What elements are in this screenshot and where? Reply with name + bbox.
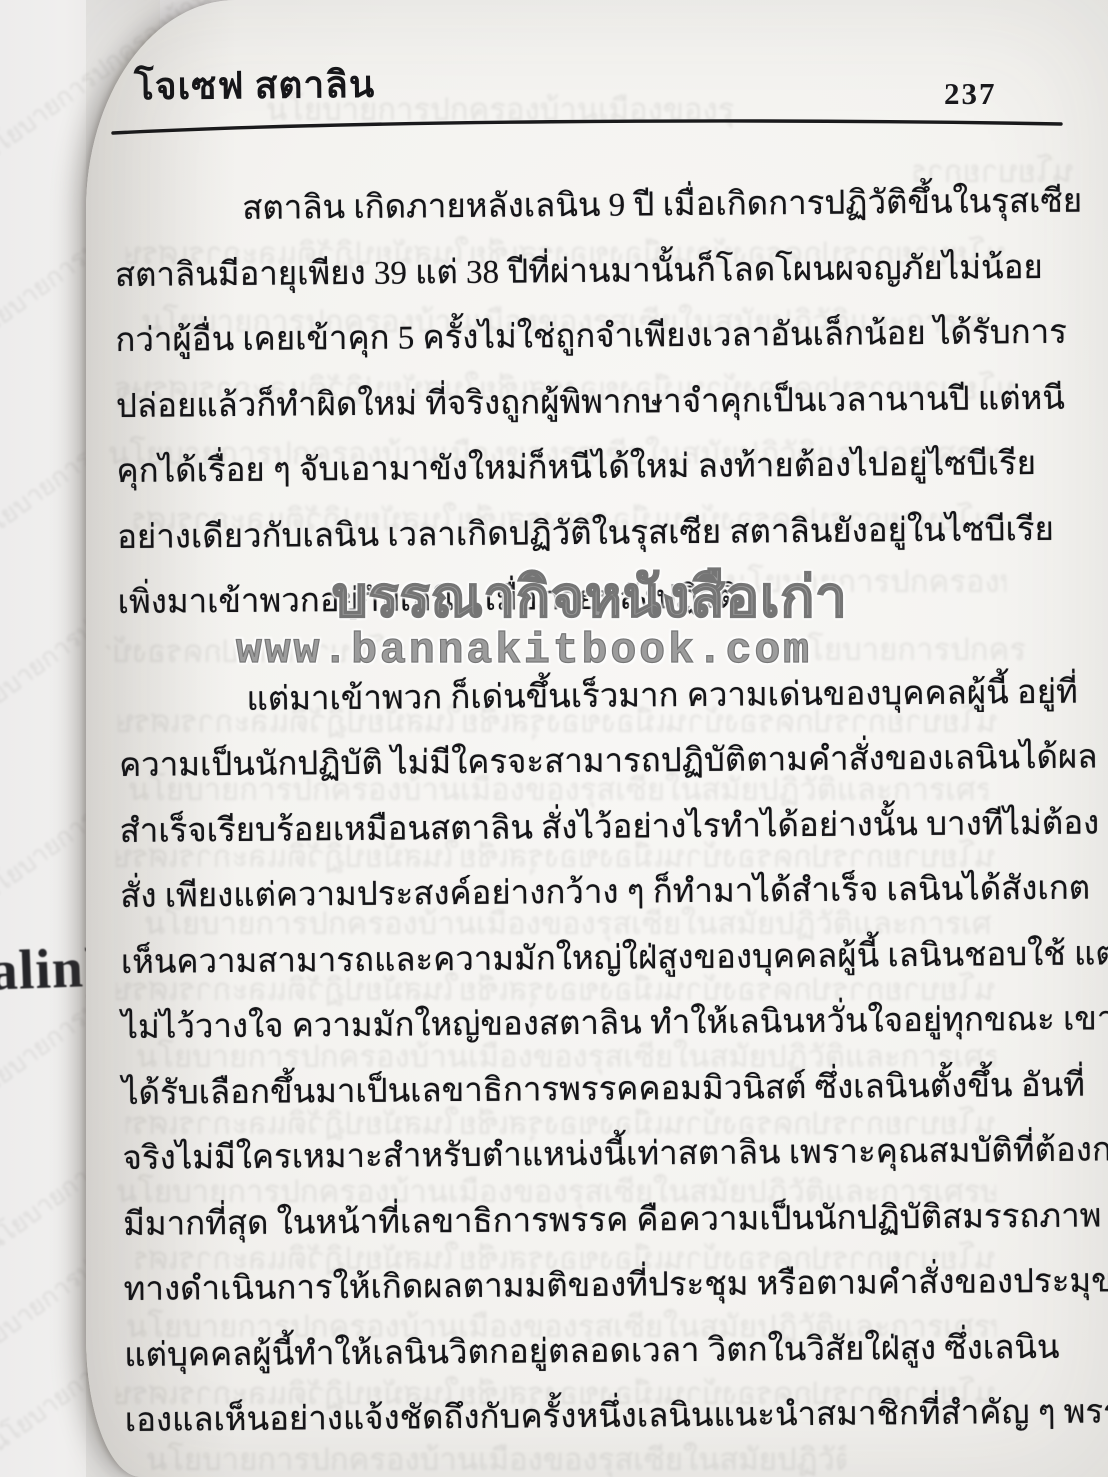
book-page-photo: นโยบายการปกครองบ้านเมืองของรุสเซียในสมัย… (0, 0, 1108, 1477)
text-line: ปล่อยแล้วก็ทำผิดใหม่ ที่จริงถูกผู้พิพากษ… (116, 366, 1033, 439)
page-number: 237 (944, 76, 997, 112)
text-line: กว่าผู้อื่น เคยเข้าคุก 5 ครั้งไม่ใช่ถูกจ… (115, 301, 1032, 374)
watermark-website: www.bannakitbook.com (236, 626, 812, 675)
body-text: สตาลิน เกิดภายหลังเลนิน 9 ปี เมื่อเกิดกา… (114, 170, 1041, 1454)
text-line: ได้รับเลือกขึ้นมาเป็นเลขาธิการพรรคคอมมิว… (122, 1053, 1039, 1126)
text-line: แต่บุคคลผู้นี้ทำให้เลนินวิตกอยู่ตลอดเวลา… (124, 1315, 1041, 1388)
text-line: จริงไม่มีใครเหมาะสำหรับตำแหน่งนี้เท่าสตา… (122, 1119, 1039, 1192)
text-line: สำเร็จเรียบร้อยเหมือนสตาลิน สั่งไว้อย่าง… (119, 791, 1036, 864)
text-line: สตาลินมีอายุเพียง 39 แต่ 38 ปีที่ผ่านมาน… (115, 236, 1032, 309)
text-line: คุกได้เรื่อย ๆ จับเอามาขังใหม่ก็หนีได้ให… (116, 432, 1033, 505)
text-line: ไม่ไว้วางใจ ความมักใหญ่ของสตาลิน ทำให้เล… (121, 988, 1038, 1061)
text-line: สั่ง เพียงแต่ความประสงค์อย่างกว้าง ๆ ก็ท… (120, 857, 1037, 930)
running-title: โจเซฟ สตาลิน (134, 55, 376, 117)
text-line: ทางดำเนินการให้เกิดผลตามมติของที่ประชุม … (123, 1250, 1040, 1323)
text-line: มีมากที่สุด ในหน้าที่เลขาธิการพรรค คือคว… (123, 1184, 1040, 1257)
text-line: สตาลิน เกิดภายหลังเลนิน 9 ปี เมื่อเกิดกา… (114, 170, 1031, 243)
text-line: ความเป็นนักปฏิบัติ ไม่มีใครจะสามารถปฏิบั… (119, 726, 1036, 799)
text-line: เห็นความสามารถและความมักใหญ่ใฝ่สูงของบุค… (121, 922, 1038, 995)
paragraph: แต่มาเข้าพวก ก็เด่นขึ้นเร็วมาก ความเด่นข… (118, 660, 1041, 1454)
header-rule (110, 114, 1066, 142)
text-line: เองแลเห็นอย่างแจ้งชัดถึงกับครั้งหนึ่งเลน… (125, 1381, 1042, 1454)
book-page: นโยบายการปกครองบ้านเมืองของรุสเซียในสมัย… (86, 0, 1108, 1477)
